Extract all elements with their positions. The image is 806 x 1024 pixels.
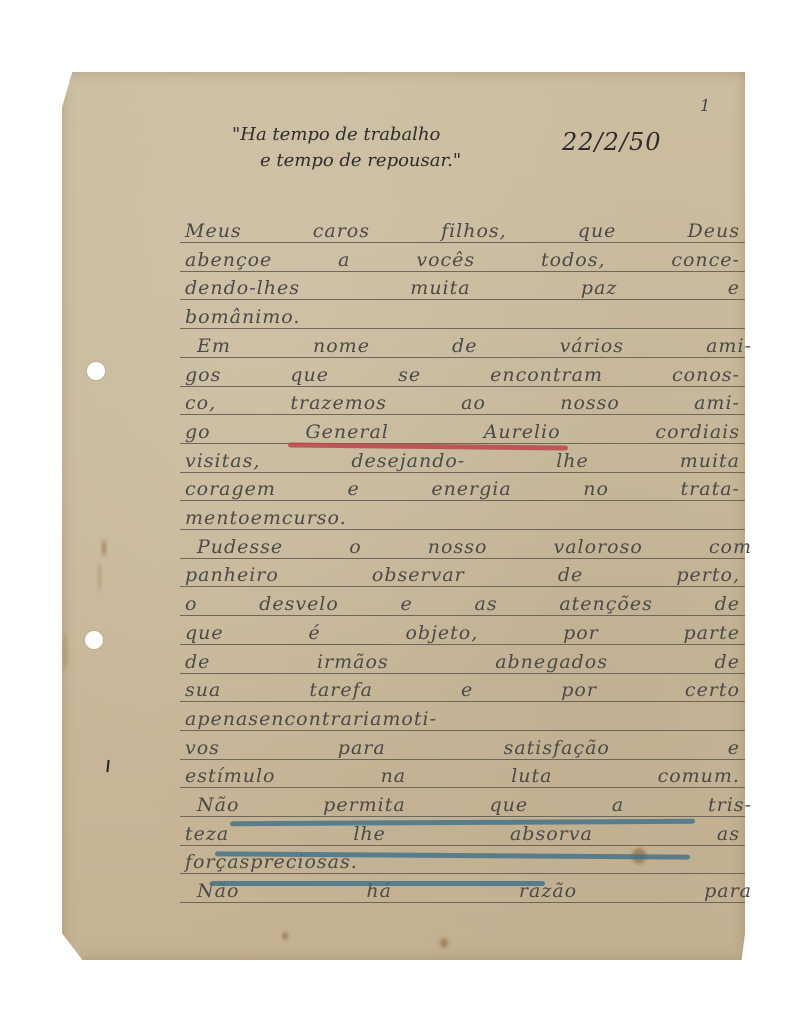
handwritten-word: Deus — [688, 220, 740, 242]
handwritten-word: na — [381, 765, 407, 787]
handwritten-word: nosso — [560, 392, 620, 414]
handwritten-word: ânimo. — [230, 306, 301, 328]
handwritten-line: Meuscarosfilhos,queDeus — [185, 220, 740, 242]
ruled-line — [180, 472, 745, 473]
handwritten-line: odesveloeasatençõesde — [185, 593, 740, 615]
handwritten-word: e — [728, 277, 740, 299]
handwritten-line: deirmãosabnegadosde — [185, 651, 740, 673]
handwritten-word: observar — [372, 564, 465, 586]
handwritten-word: permita — [323, 794, 406, 816]
handwritten-word: de — [715, 593, 740, 615]
handwritten-word: panheiro — [185, 564, 279, 586]
ruled-line — [180, 386, 745, 387]
handwritten-word: vocês — [416, 249, 475, 271]
ruled-line — [180, 299, 745, 300]
handwritten-word: sua — [185, 679, 221, 701]
handwritten-word: irmãos — [317, 651, 389, 673]
handwritten-word: Aurelio — [484, 421, 561, 443]
handwritten-word: Não — [197, 794, 239, 816]
handwritten-line: vosparasatisfaçãoe — [185, 737, 740, 759]
handwritten-word: teza — [185, 823, 229, 845]
handwritten-word: energia — [431, 478, 511, 500]
handwritten-word: lhe — [556, 450, 589, 472]
handwritten-word: abnegados — [495, 651, 608, 673]
handwritten-line: estímulonalutacomum. — [185, 765, 740, 787]
handwritten-word: a — [612, 794, 624, 816]
handwritten-word: dendo-lhes — [185, 277, 300, 299]
handwritten-line: dendo-lhesmuitapaze — [185, 277, 740, 299]
handwritten-word: nosso — [428, 536, 488, 558]
handwritten-word: que — [185, 622, 224, 644]
handwritten-word: para — [704, 880, 752, 902]
handwritten-line: tezalheabsorvaas — [185, 823, 740, 845]
handwritten-word: de — [558, 564, 583, 586]
ruled-line — [180, 414, 745, 415]
handwritten-line: Pudesseonossovalorosocom — [185, 536, 752, 558]
handwritten-word: caros — [313, 220, 370, 242]
handwritten-word: as — [717, 823, 740, 845]
header-quote-line-1: "Ha tempo de trabalho — [232, 124, 440, 145]
handwritten-word: General — [305, 421, 388, 443]
handwritten-word: todos, — [541, 249, 605, 271]
handwritten-word: Meus — [185, 220, 242, 242]
handwritten-word: em — [251, 507, 282, 529]
handwritten-word: apenas — [185, 708, 259, 730]
ruled-line — [180, 357, 745, 358]
handwritten-line: suatarefaeporcerto — [185, 679, 740, 701]
handwritten-word: por — [563, 622, 599, 644]
handwritten-word: mento — [185, 507, 251, 529]
handwritten-word: co, — [185, 392, 216, 414]
handwritten-word: o — [185, 593, 197, 615]
ruled-line — [180, 759, 745, 760]
handwritten-word: é — [308, 622, 320, 644]
page-number: 1 — [700, 96, 710, 115]
handwritten-line: coragemeenergianotrata- — [185, 478, 740, 500]
header-date: 22/2/50 — [562, 128, 662, 156]
handwritten-word: cordiais — [655, 421, 740, 443]
handwritten-line: bomânimo. — [185, 306, 740, 328]
ruled-line — [180, 586, 745, 587]
blue-pencil-underline-3 — [210, 881, 545, 886]
handwritten-line: mentoemcurso. — [185, 507, 740, 529]
ruled-line — [180, 873, 745, 874]
handwritten-word: e — [728, 737, 740, 759]
handwritten-word: tarefa — [309, 679, 373, 701]
handwritten-word: no — [583, 478, 609, 500]
stain — [102, 540, 106, 556]
handwritten-word: moti- — [382, 708, 437, 730]
handwritten-word: de — [452, 335, 477, 357]
handwritten-word: muita — [680, 450, 740, 472]
handwritten-word: atenções — [559, 593, 653, 615]
handwritten-word: muita — [410, 277, 470, 299]
handwritten-line: queéobjeto,porparte — [185, 622, 740, 644]
ruled-line — [180, 902, 745, 903]
handwritten-word: vos — [185, 737, 220, 759]
handwritten-line: gosqueseencontramconos- — [185, 364, 740, 386]
handwritten-word: e — [401, 593, 413, 615]
handwritten-line: abençoeavocêstodos,conce- — [185, 249, 740, 271]
ruled-line — [180, 271, 745, 272]
handwritten-word: que — [489, 794, 528, 816]
header-quote-line-2: e tempo de repousar." — [260, 150, 461, 171]
handwritten-word: e — [348, 478, 360, 500]
handwritten-word: conce- — [671, 249, 740, 271]
handwritten-word: desvelo — [259, 593, 339, 615]
handwritten-word: Pudesse — [197, 536, 283, 558]
punch-hole-top — [87, 362, 105, 380]
handwritten-word: trazemos — [290, 392, 387, 414]
ruled-line — [180, 328, 745, 329]
handwritten-word: Em — [197, 335, 231, 357]
handwritten-word: absorva — [510, 823, 593, 845]
handwritten-line: apenasencontrariamoti- — [185, 708, 740, 730]
stain — [440, 938, 448, 948]
handwritten-word: visitas, — [185, 450, 260, 472]
ruled-line — [180, 730, 745, 731]
handwritten-word: estímulo — [185, 765, 275, 787]
ruled-line — [180, 644, 745, 645]
handwritten-line: co,trazemosaonossoami- — [185, 392, 740, 414]
handwritten-word: por — [561, 679, 597, 701]
handwritten-word: curso. — [282, 507, 347, 529]
stain — [98, 562, 101, 592]
handwritten-word: filhos, — [441, 220, 507, 242]
handwritten-word: se — [398, 364, 421, 386]
handwritten-word: coragem — [185, 478, 276, 500]
handwritten-word: ami- — [706, 335, 752, 357]
punch-hole-bottom — [85, 631, 103, 649]
ruled-line — [180, 615, 745, 616]
handwritten-word: paz — [581, 277, 618, 299]
handwritten-word: gos — [185, 364, 221, 386]
handwritten-line: Nãopermitaqueatris- — [185, 794, 752, 816]
ruled-line — [180, 673, 745, 674]
handwritten-word: lhe — [353, 823, 386, 845]
handwritten-line: Emnomedeváriosami- — [185, 335, 752, 357]
stain — [282, 932, 288, 940]
handwritten-word: go — [185, 421, 211, 443]
handwritten-word: que — [578, 220, 617, 242]
handwritten-word: as — [475, 593, 498, 615]
handwritten-word: certo — [685, 679, 740, 701]
handwritten-word: valoroso — [554, 536, 643, 558]
handwritten-word: de — [715, 651, 740, 673]
handwritten-word: trata- — [681, 478, 740, 500]
handwritten-word: o — [349, 536, 361, 558]
handwritten-line: panheiroobservardeperto, — [185, 564, 740, 586]
handwritten-line: goGeneralAureliocordiais — [185, 421, 740, 443]
handwritten-word: luta — [511, 765, 552, 787]
ruled-line — [180, 787, 745, 788]
handwritten-word: encontram — [490, 364, 603, 386]
ruled-line — [180, 558, 745, 559]
handwritten-word: com — [709, 536, 752, 558]
handwritten-word: parte — [684, 622, 740, 644]
handwritten-word: ao — [461, 392, 486, 414]
handwritten-word: objeto, — [405, 622, 478, 644]
ruled-line — [180, 242, 745, 243]
handwritten-word: conos- — [672, 364, 740, 386]
ruled-line — [180, 529, 745, 530]
stain — [62, 632, 68, 672]
handwritten-word: perto, — [676, 564, 740, 586]
handwritten-word: encontraria — [259, 708, 382, 730]
handwritten-word: para — [338, 737, 386, 759]
handwritten-line: visitas,desejando-lhemuita — [185, 450, 740, 472]
handwritten-word: bom — [185, 306, 230, 328]
handwritten-word: a — [338, 249, 350, 271]
handwritten-word: satisfação — [504, 737, 610, 759]
handwritten-word: que — [290, 364, 329, 386]
ruled-line — [180, 816, 745, 817]
handwritten-word: nome — [313, 335, 370, 357]
handwritten-word: ami- — [694, 392, 740, 414]
handwritten-word: tris- — [708, 794, 752, 816]
handwritten-word: comum. — [658, 765, 740, 787]
handwritten-word: desejando- — [351, 450, 465, 472]
ruled-line — [180, 500, 745, 501]
handwritten-word: de — [185, 651, 210, 673]
handwritten-word: abençoe — [185, 249, 272, 271]
handwritten-word: vários — [560, 335, 624, 357]
ruled-line — [180, 845, 745, 846]
ruled-line — [180, 701, 745, 702]
handwritten-word: e — [461, 679, 473, 701]
